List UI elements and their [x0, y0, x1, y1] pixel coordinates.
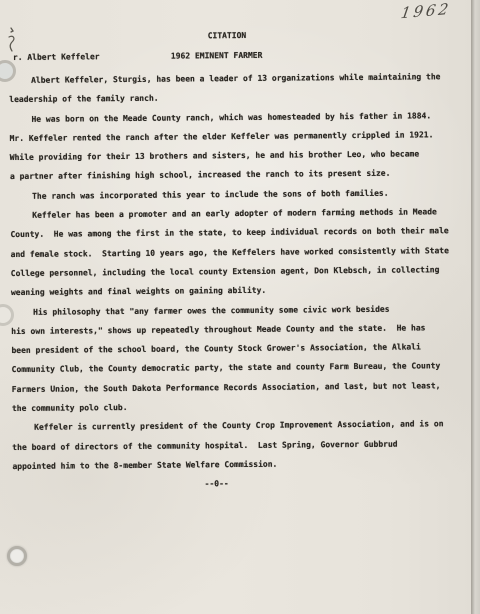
- typed-line: --0--: [13, 472, 465, 495]
- typed-content: CITATION r. Albert Keffeler 1962 EMINENT…: [8, 0, 465, 614]
- page-edge-shadow: [471, 0, 480, 614]
- award-title: 1962 EMINENT FARMER: [171, 51, 263, 61]
- typed-line: Farmers Union, the South Dakota Performa…: [12, 376, 464, 399]
- paper-sheet: 1962 CITATION r. Albert Keffeler 1962 EM…: [0, 0, 471, 614]
- subject-line: r. Albert Keffeler 1962 EMINENT FARMER: [9, 49, 461, 65]
- typed-line: the board of directors of the community …: [12, 434, 464, 457]
- recipient-name: r. Albert Keffeler: [13, 52, 100, 62]
- document-page: 1962 CITATION r. Albert Keffeler 1962 EM…: [0, 0, 480, 614]
- document-body: Albert Keffeler, Sturgis, has been a lea…: [9, 67, 465, 495]
- document-title: CITATION: [208, 30, 247, 42]
